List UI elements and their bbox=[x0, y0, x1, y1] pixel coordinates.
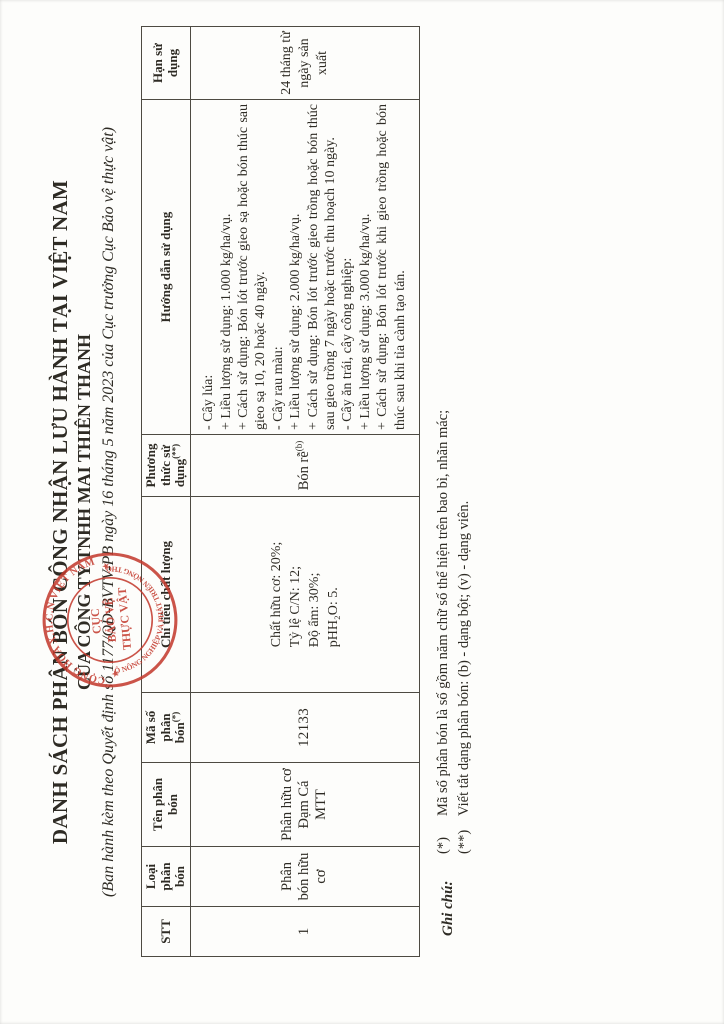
col-header-loai-phan-bon: Loại phân bón bbox=[142, 847, 191, 907]
footnotes: Ghi chú: (*) Mã số phân bón là số gồm nă… bbox=[433, 0, 475, 936]
cell-loai-phan-bon: Phân bón hữu cơ bbox=[190, 847, 419, 907]
cell-ten-phan-bon: Phân hữu cơ Đạm Cá MTT bbox=[190, 763, 419, 847]
footnotes-heading: Ghi chú: bbox=[440, 854, 475, 936]
document-header: DANH SÁCH PHÂN BÓN CÔNG NHẬN LƯU HÀNH TẠ… bbox=[48, 0, 119, 1024]
col-header-ten-phan-bon: Tên phân bón bbox=[142, 763, 191, 847]
footnote-text: Viết tắt dạng phân bón: (b) - dạng bột; … bbox=[454, 501, 475, 816]
footnote-symbol: (*) bbox=[433, 816, 454, 854]
usage-line: + Liều lượng sử dụng: 1.000 kg/ha/vụ. bbox=[218, 104, 235, 430]
company-name: CỦA CÔNG TY TNHH MAI THIÊN THANH bbox=[73, 0, 96, 1024]
cell-chi-tieu-chat-luong: Chất hữu cơ: 20%; Tỷ lệ C/N: 12; Độ ẩm: … bbox=[190, 497, 419, 693]
quality-spec-line: pHH₂O: 5. bbox=[324, 542, 343, 648]
usage-line: + Liều lượng sử dụng: 2.000 kg/ha/vụ. bbox=[287, 104, 304, 430]
fertilizer-table: STT Loại phân bón Tên phân bón Mã số phâ… bbox=[141, 26, 420, 957]
stamp-seal-icon: CỘNG HÒA X.H.C.N VIỆT NAM BỘ NÔNG NGHIỆP… bbox=[34, 544, 186, 696]
footnotes-list: (*) Mã số phân bón là số gồm năm chữ số … bbox=[433, 410, 475, 854]
usage-line: + Liều lượng sử dụng: 3.000 kg/ha/vụ. bbox=[357, 104, 374, 430]
col-header-phuong-thuc: Phương thức sử dụng(**) bbox=[142, 435, 191, 497]
scanned-document: DANH SÁCH PHÂN BÓN CÔNG NHẬN LƯU HÀNH TẠ… bbox=[0, 0, 724, 1024]
table-row: 1 Phân bón hữu cơ Phân hữu cơ Đạm Cá MTT… bbox=[190, 27, 419, 957]
cell-stt: 1 bbox=[190, 907, 419, 957]
cell-huong-dan-su-dung: - Cây lúa: + Liều lượng sử dụng: 1.000 k… bbox=[190, 100, 419, 435]
cell-phuong-thuc: Bón rễ(b) bbox=[190, 435, 419, 497]
col-header-ma-so: Mã số phân bón(*) bbox=[142, 693, 191, 763]
decision-reference: (Ban hành kèm theo Quyết định số 1177/QĐ… bbox=[99, 0, 119, 1024]
quality-spec-line: Chất hữu cơ: 20%; bbox=[267, 542, 286, 648]
usage-line: + Cách sử dụng: Bón lót trước khi gieo t… bbox=[374, 104, 409, 430]
cell-ma-so: 12133 bbox=[190, 693, 419, 763]
footnote-item: (**) Viết tắt dạng phân bón: (b) - dạng … bbox=[454, 410, 475, 854]
quality-spec-line: Độ ẩm: 30%; bbox=[305, 542, 324, 648]
rotated-page-content: DANH SÁCH PHÂN BÓN CÔNG NHẬN LƯU HÀNH TẠ… bbox=[0, 0, 724, 1024]
usage-line: - Cây rau màu: bbox=[270, 104, 287, 430]
quality-spec-list: Chất hữu cơ: 20%; Tỷ lệ C/N: 12; Độ ẩm: … bbox=[267, 542, 343, 648]
usage-line: + Cách sử dụng: Bón lót trước gieo trồng… bbox=[305, 104, 340, 430]
stamp-star-right-icon: ★ bbox=[102, 561, 113, 570]
stamp-star-left-icon: ★ bbox=[111, 669, 122, 678]
footnote-text: Mã số phân bón là số gồm năm chữ số thể … bbox=[433, 410, 454, 816]
document-title: DANH SÁCH PHÂN BÓN CÔNG NHẬN LƯU HÀNH TẠ… bbox=[48, 0, 72, 1024]
usage-line: + Cách sử dụng: Bón lót trước gieo sạ ho… bbox=[235, 104, 270, 430]
usage-line: - Cây lúa: bbox=[200, 104, 217, 430]
col-header-stt: STT bbox=[142, 907, 191, 957]
footnote-symbol: (**) bbox=[454, 816, 475, 854]
footnote-item: (*) Mã số phân bón là số gồm năm chữ số … bbox=[433, 410, 454, 854]
table-header-row: STT Loại phân bón Tên phân bón Mã số phâ… bbox=[142, 27, 191, 957]
col-header-huong-dan: Hướng dẫn sử dụng bbox=[142, 100, 191, 435]
quality-spec-line: Tỷ lệ C/N: 12; bbox=[286, 542, 305, 648]
usage-line: - Cây ăn trái, cây công nghiệp: bbox=[339, 104, 356, 430]
official-stamp: CỘNG HÒA X.H.C.N VIỆT NAM BỘ NÔNG NGHIỆP… bbox=[34, 544, 186, 696]
cell-han-su-dung: 24 tháng từ ngày sản xuất bbox=[190, 27, 419, 100]
col-header-han-su-dung: Hạn sử dụng bbox=[142, 27, 191, 100]
